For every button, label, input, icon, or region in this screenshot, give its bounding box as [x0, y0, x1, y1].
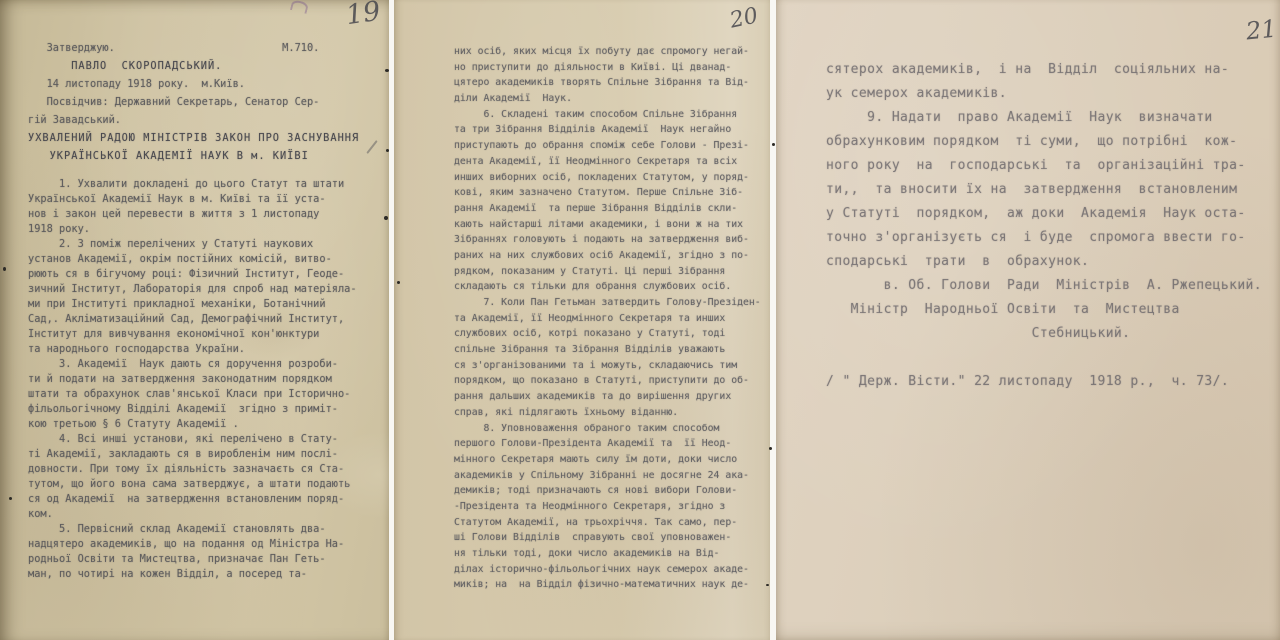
handwritten-page-number: 20	[728, 3, 761, 33]
paper-speck	[3, 267, 6, 271]
text-line: сподарські трати в обрахунок.	[826, 254, 1262, 278]
text-line: ті Академії, закладають ся в виробленім …	[28, 448, 359, 463]
text-line: 9. Надати право Академії Наук визначати	[826, 110, 1262, 134]
document-page-3: 21 сятерох академиків, і на Відділ соція…	[776, 0, 1280, 640]
paper-speck	[384, 216, 388, 220]
text-line: обрахунковим порядком ті суми, що потріб…	[826, 134, 1262, 158]
text-line: миків; на на Відділ фізично-математичних…	[454, 579, 761, 595]
text-line: Стебницький.	[826, 326, 1262, 350]
text-line: раних на них службових осіб Академії, зг…	[454, 250, 761, 266]
text-line: тутом, що його вона сама затверджує, а ш…	[28, 478, 359, 493]
text-line: академиків у Спільному Зібранні не досяг…	[454, 470, 761, 486]
typewritten-text-page-2: них осіб, яких місця їх побуту дає спром…	[454, 46, 761, 595]
text-line: ман, по чотирі на кожен Відділ, а посере…	[28, 568, 359, 583]
text-line: фільольогічному Відділі Академії згідно …	[28, 403, 359, 418]
text-line: нов і закон цей перевести в життя з 1 ли…	[28, 208, 359, 223]
paper-speck	[9, 497, 12, 500]
text-line	[28, 168, 359, 178]
text-line: сятерох академиків, і на Відділ соціяльн…	[826, 62, 1262, 86]
paper-speck	[772, 143, 775, 146]
pen-mark	[290, 0, 309, 14]
text-line: ся з'організованими та і можуть, складаю…	[454, 360, 761, 376]
paper-speck	[769, 447, 772, 450]
text-line: родньої Освіти та Мистецтва, призначає П…	[28, 553, 359, 568]
text-line: зичний Інститут, Лабораторія для спроб н…	[28, 283, 359, 298]
handwritten-page-number: 19	[344, 0, 382, 31]
text-line: 7. Коли Пан Гетьман затвердить Голову-Пр…	[454, 297, 761, 313]
text-line: ук семерох академиків.	[826, 86, 1262, 110]
paper-speck	[386, 149, 389, 152]
text-line: 6. Складені таким способом Спільне Зібра…	[454, 109, 761, 125]
text-line: діли Академії Наук.	[454, 93, 761, 109]
text-line: них осіб, яких місця їх побуту дає спром…	[454, 46, 761, 62]
text-line: та три Зібрання Відділів Академії Наук н…	[454, 124, 761, 140]
text-line: ділах історично-фільольогічних наук семе…	[454, 564, 761, 580]
text-line: 4. Всі инші установи, які перелічено в С…	[28, 433, 359, 448]
text-line: демиків; тоді призначають ся нові вибори…	[454, 485, 761, 501]
text-line: 1918 року.	[28, 223, 359, 238]
text-line: кають найстарші літами академики, і вони…	[454, 219, 761, 235]
text-line: штати та обрахунок слав'янської Класи пр…	[28, 388, 359, 403]
text-line: ти,, та вносити їх на затвердження встан…	[826, 182, 1262, 206]
text-line: Затверджую. М.710.	[28, 42, 359, 60]
text-line: ного року на господарські та організацій…	[826, 158, 1262, 182]
text-line: / " Держ. Вісти." 22 листопаду 1918 р., …	[826, 374, 1262, 398]
paper-speck	[385, 69, 389, 72]
text-line: мінного Секретаря мають силу їм доти, до…	[454, 454, 761, 470]
text-line: рання Академії та перше Зібрання Відділі…	[454, 203, 761, 219]
text-line: рядком, показаним у Статуті. Ці перші Зі…	[454, 266, 761, 282]
text-line	[826, 350, 1262, 374]
text-line: порядком, що показано в Статуті, приступ…	[454, 375, 761, 391]
paper-stain	[230, 300, 320, 360]
text-line: справ, які підлягають їхньому віданню.	[454, 407, 761, 423]
text-line: Міністр Народньої Освіти та Мистецтва	[826, 302, 1262, 326]
text-line: ПАВЛО СКОРОПАДСЬКИЙ.	[28, 60, 359, 78]
text-line: складають ся тільки для обрання службови…	[454, 281, 761, 297]
text-line: Зібраннях головують і подають на затверд…	[454, 234, 761, 250]
text-line: Української Академії Наук в м. Київі та …	[28, 193, 359, 208]
handwritten-page-number: 21	[1245, 14, 1278, 45]
text-line: УХВАЛЕНИЙ РАДОЮ МІНІСТРІВ ЗАКОН ПРО ЗАСН…	[28, 132, 359, 150]
text-line: кою третьою § 6 Статуту Академії .	[28, 418, 359, 433]
text-line: 8. Уповноваження обраного таким способом	[454, 423, 761, 439]
text-line: точно з'організуєть ся і буде спромога в…	[826, 230, 1262, 254]
text-line: 3. Академії Наук дають ся доручення розр…	[28, 358, 359, 373]
text-line: першого Голови-Презідента Академії та її…	[454, 438, 761, 454]
text-line: Статутом Академії, на трьохріччя. Так са…	[454, 517, 761, 533]
text-line: службових осіб, котрі показано у Статуті…	[454, 328, 761, 344]
text-line: спільне Зібрання та Зібрання Відділів ув…	[454, 344, 761, 360]
text-line: цятеро академиків творять Спільне Зібран…	[454, 77, 761, 93]
text-line: 1. Ухвалити докладені до цього Статут та…	[28, 178, 359, 193]
text-line: 2. З поміж перелічених у Статуті наукови…	[28, 238, 359, 253]
typewritten-text-page-3: сятерох академиків, і на Відділ соціяльн…	[826, 62, 1262, 398]
text-line: 5. Первісний склад Академії становлять д…	[28, 523, 359, 538]
document-scan: 19 Затверджую. М.710. ПАВЛО СКОРОПАДСЬКИ…	[0, 0, 1280, 640]
text-line: УКРАЇНСЬКОЇ АКАДЕМІЇ НАУК В м. КИЇВІ	[28, 150, 359, 168]
text-line: рюють ся в бігучому році: Фізичний Інсти…	[28, 268, 359, 283]
text-line: ком.	[28, 508, 359, 523]
text-line: в. Об. Голови Ради Міністрів А. Ржепецьк…	[826, 278, 1262, 302]
text-line: у Статуті порядком, аж доки Академія Нау…	[826, 206, 1262, 230]
document-page-1: 19 Затверджую. М.710. ПАВЛО СКОРОПАДСЬКИ…	[0, 0, 389, 640]
pencil-stroke	[366, 140, 377, 154]
text-line: инших виборних осіб, покладених Статутом…	[454, 172, 761, 188]
text-line: ти й подати на затвердження законодатним…	[28, 373, 359, 388]
text-line: приступають до обрання споміж себе Голов…	[454, 140, 761, 156]
text-line: дента Академії, її Неодмінного Секретаря…	[454, 156, 761, 172]
text-line: кові, яким зазначено Статутом. Перше Спі…	[454, 187, 761, 203]
text-line: но приступити до діяльности в Київі. Ці …	[454, 62, 761, 78]
paper-speck	[397, 281, 400, 284]
text-line: ня тільки тоді, доки число академиків на…	[454, 548, 761, 564]
text-line: Посвідчив: Державний Секретарь, Сенатор …	[28, 96, 359, 114]
text-line: -Презідента та Неодмінного Секретаря, зг…	[454, 501, 761, 517]
text-line: гій Завадський.	[28, 114, 359, 132]
text-line: ся од Академії на затвердження встановле…	[28, 493, 359, 508]
document-page-2: 20 них осіб, яких місця їх побуту дає сп…	[394, 0, 770, 640]
text-line: ші Голови Відділів справують свої уповно…	[454, 532, 761, 548]
text-line: установ Академії, окрім постійних комісі…	[28, 253, 359, 268]
text-line: довности. При тому їх діяльність зазнача…	[28, 463, 359, 478]
text-line: 14 листопаду 1918 року. м.Київ.	[28, 78, 359, 96]
text-line: та Академії, її Неодмінного Секретаря та…	[454, 313, 761, 329]
text-line: надцятеро академиків, що на подання од М…	[28, 538, 359, 553]
paper-speck	[766, 584, 769, 586]
text-line: рання дальших академиків та до вирішення…	[454, 391, 761, 407]
